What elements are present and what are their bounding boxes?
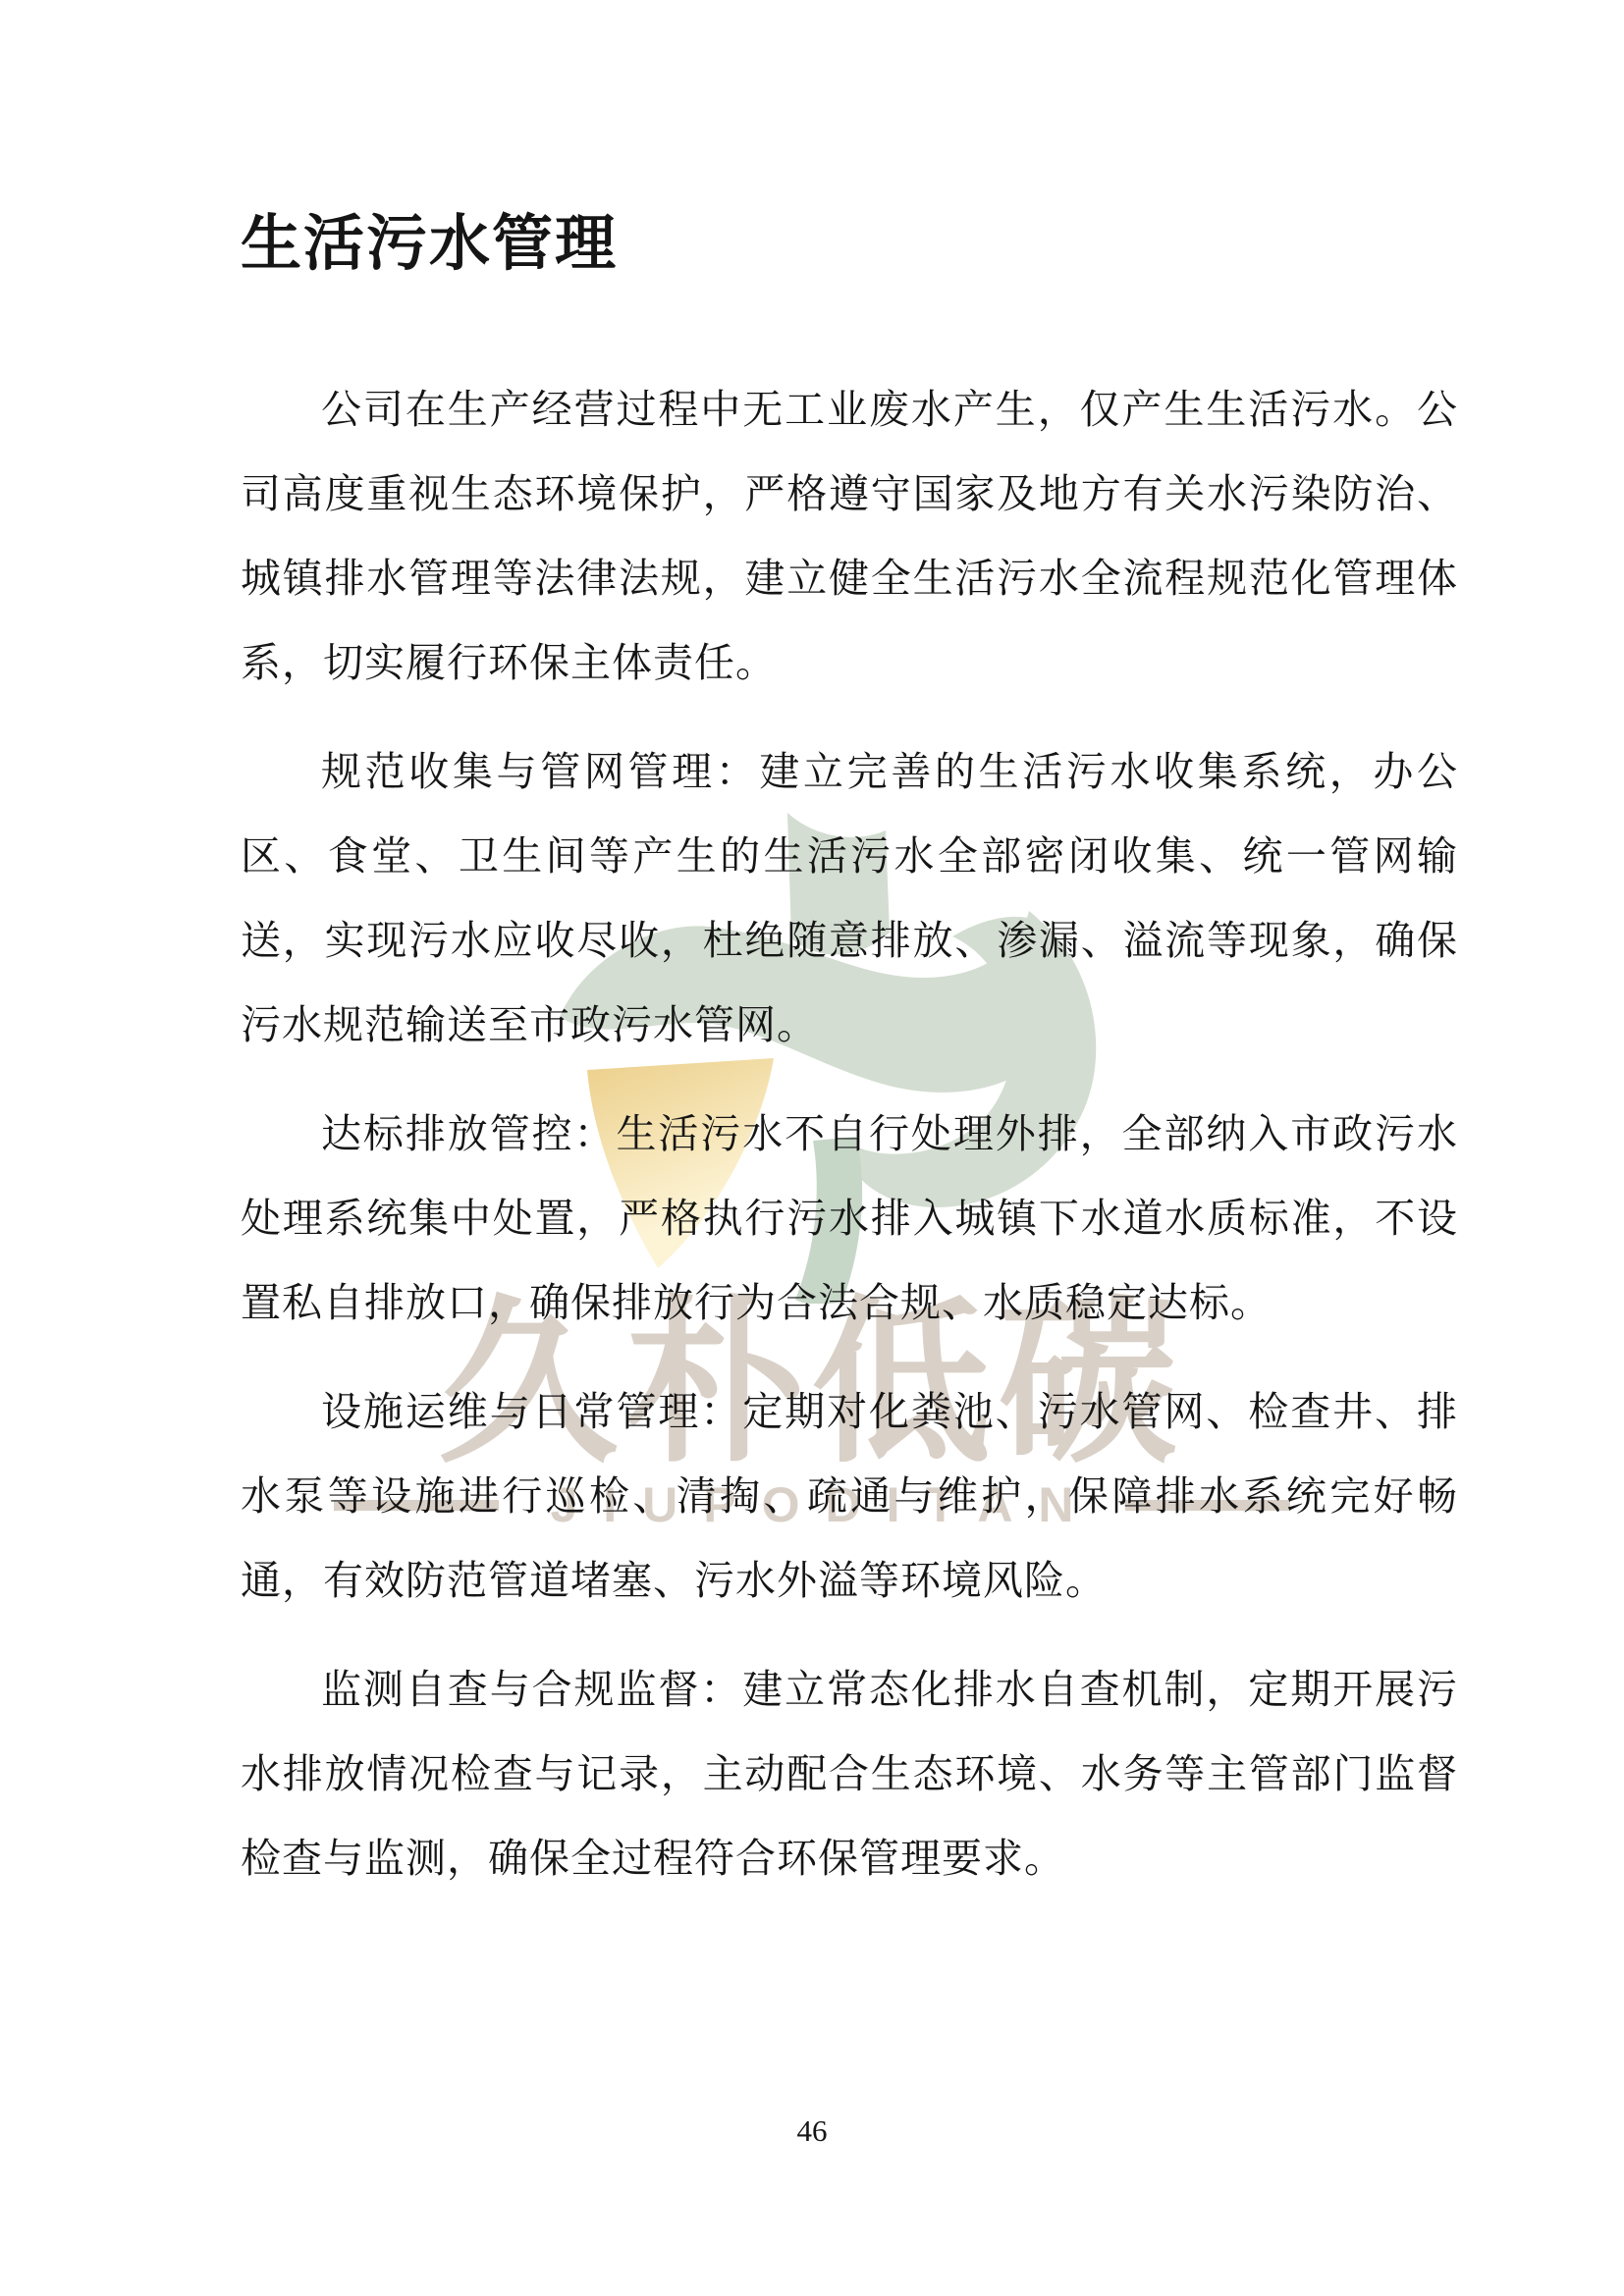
- page-footer: 46: [0, 2112, 1624, 2149]
- paragraph-monitoring-compliance: 监测自查与合规监督：建立常态化排水自查机制，定期开展污水排放情况检查与记录，主动…: [241, 1647, 1458, 1900]
- paragraph-collection-network: 规范收集与管网管理：建立完善的生活污水收集系统，办公区、食堂、卫生间等产生的生活…: [241, 729, 1458, 1067]
- paragraph-discharge-control: 达标排放管控：生活污水不自行处理外排，全部纳入市政污水处理系统集中处置，严格执行…: [241, 1092, 1458, 1345]
- paragraph-intro: 公司在生产经营过程中无工业废水产生，仅产生生活污水。公司高度重视生态环境保护，严…: [241, 367, 1458, 705]
- document-body: 生活污水管理 公司在生产经营过程中无工业废水产生，仅产生生活污水。公司高度重视生…: [241, 208, 1458, 1925]
- document-page: 久朴低碳 JIUPODITAN 生活污水管理 公司在生产经营过程中无工业废水产生…: [0, 0, 1624, 2296]
- paragraph-facility-maintenance: 设施运维与日常管理：定期对化粪池、污水管网、检查井、排水泵等设施进行巡检、清掏、…: [241, 1369, 1458, 1623]
- page-number: 46: [797, 2113, 828, 2148]
- page-title: 生活污水管理: [241, 208, 1458, 281]
